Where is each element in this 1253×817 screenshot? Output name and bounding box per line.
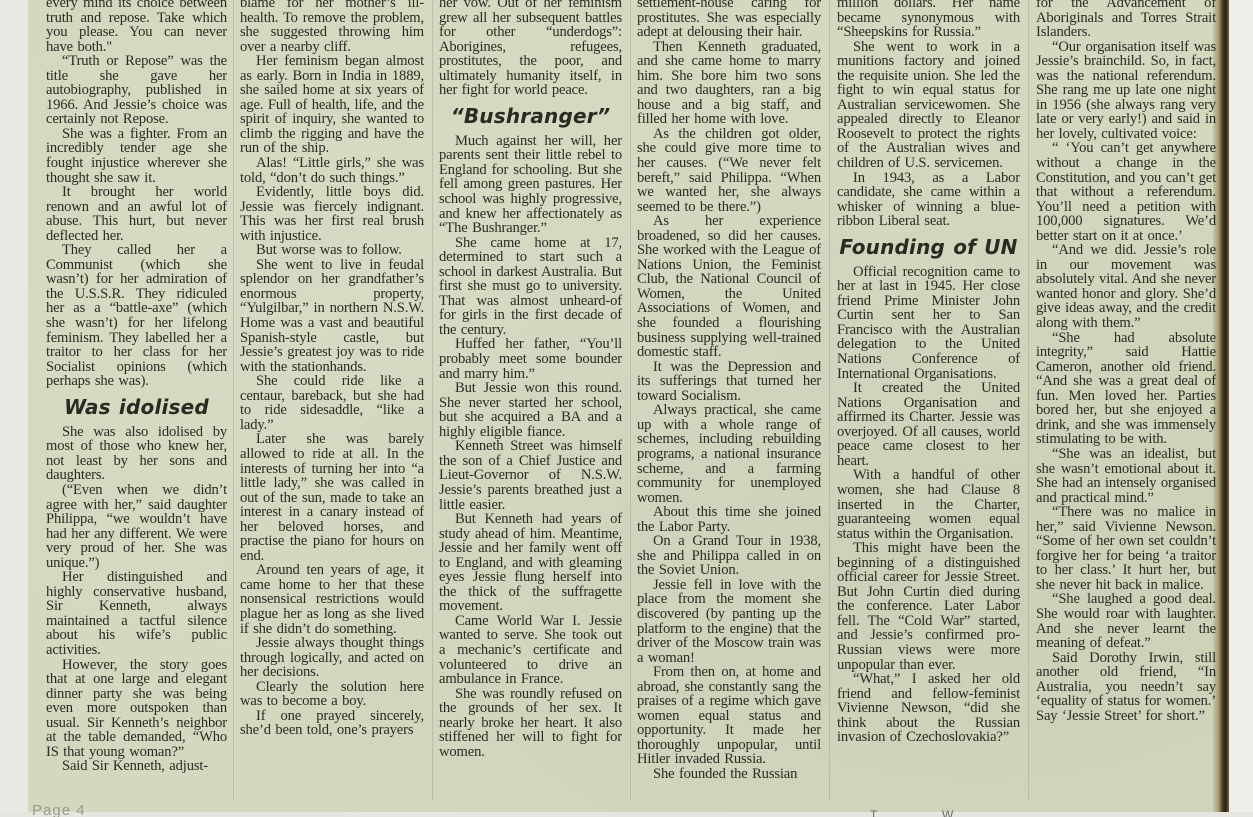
article-paragraph: She went to live in feudal splendor on h… — [240, 258, 424, 374]
article-paragraph: On a Grand Tour in 1938, she and Philipp… — [637, 534, 821, 578]
column-divider — [630, 0, 631, 800]
article-paragraph: In 1943, as a Labor candidate, she came … — [837, 171, 1020, 229]
article-paragraph: It brought her world renown and an awful… — [46, 185, 227, 243]
article-paragraph: Then Kenneth graduated, and she came hom… — [637, 40, 821, 127]
article-paragraph: As her experience broadened, so did her … — [637, 214, 821, 359]
article-paragraph: She could ride like a centaur, bareback,… — [240, 374, 424, 432]
scan-margin — [1229, 0, 1253, 817]
article-paragraph: She founded the Russian — [637, 767, 821, 782]
article-paragraph: However, the story goes that at one larg… — [46, 658, 227, 760]
article-paragraph: She came home at 17, determined to start… — [439, 236, 622, 338]
article-paragraph: If one prayed sincerely, she’d been told… — [240, 709, 424, 738]
article-paragraph: Always practical, she came up with a who… — [637, 403, 821, 505]
article-paragraph: Much against her will, her parents sent … — [439, 134, 622, 236]
article-paragraph: She was also idolised by most of those w… — [46, 425, 227, 483]
article-paragraph: Jessie fell in love with the place from … — [637, 578, 821, 665]
section-subheading: Was idolised — [46, 395, 227, 419]
article-paragraph: “What,” I asked her old friend and fello… — [837, 672, 1020, 745]
article-paragraph: With a handful of other women, she had C… — [837, 468, 1020, 541]
article-paragraph: million dollars. Her name became synonym… — [837, 0, 1020, 40]
article-paragraph: But Kenneth had years of study ahead of … — [439, 512, 622, 614]
article-paragraph: They called her a Communist (which she w… — [46, 243, 227, 388]
article-paragraph: It created the United Nations Organisati… — [837, 381, 1020, 468]
article-paragraph: “ ‘You can’t get anywhere without a chan… — [1036, 141, 1216, 243]
article-paragraph: Her distinguished and highly conservativ… — [46, 570, 227, 657]
article-paragraph: every mind its choice between truth and … — [46, 0, 227, 54]
article-paragraph: Jessie always thought things through log… — [240, 636, 424, 680]
article-paragraph: Official recognition came to her at last… — [837, 265, 1020, 381]
article-paragraph: Said Sir Kenneth, adjust- — [46, 759, 227, 774]
article-paragraph: Kenneth Street was himself the son of a … — [439, 439, 622, 512]
article-paragraph: But Jessie won this round. She never sta… — [439, 381, 622, 439]
article-column-3: her vow. Out of her feminism grew all he… — [439, 0, 622, 759]
article-paragraph: settlement-house caring for prostitutes.… — [637, 0, 821, 40]
article-column-5: million dollars. Her name became synonym… — [837, 0, 1020, 745]
article-paragraph: Came World War I. Jessie wanted to serve… — [439, 614, 622, 687]
section-subheading: “Bushranger” — [439, 104, 622, 128]
article-paragraph: blame for her mother’s ill-health. To re… — [240, 0, 424, 54]
article-column-2: blame for her mother’s ill-health. To re… — [240, 0, 424, 738]
article-paragraph: Alas! “Little girls,” she was told, “don… — [240, 156, 424, 185]
article-paragraph: “There was no malice in her,” said Vivie… — [1036, 505, 1216, 592]
article-paragraph: From then on, at home and abroad, she co… — [637, 665, 821, 767]
footer-fragment: T... ... ... W... — [870, 808, 971, 817]
article-paragraph: “She laughed a good deal. She would roar… — [1036, 592, 1216, 650]
article-paragraph: “She was an idealist, but she wasn’t emo… — [1036, 447, 1216, 505]
article-paragraph: for the Advancement of Aboriginals and T… — [1036, 0, 1216, 40]
article-paragraph: “Truth or Repose” was the title she gave… — [46, 54, 227, 127]
article-paragraph: Her feminism began almost as early. Born… — [240, 54, 424, 156]
page-number: Page 4 — [32, 802, 86, 817]
article-paragraph: (“Even when we didn’t agree with her,” s… — [46, 483, 227, 570]
article-paragraph: Clearly the solution here was to become … — [240, 680, 424, 709]
article-paragraph: Later she was barely allowed to ride at … — [240, 432, 424, 563]
article-paragraph: It was the Depression and its sufferings… — [637, 360, 821, 404]
article-column-6: for the Advancement of Aboriginals and T… — [1036, 0, 1216, 723]
article-paragraph: Around ten years of age, it came home to… — [240, 563, 424, 636]
article-paragraph: “She had absolute integrity,” said Hatti… — [1036, 331, 1216, 447]
column-divider — [233, 0, 234, 800]
article-paragraph: But worse was to follow. — [240, 243, 424, 258]
article-paragraph: She went to work in a munitions factory … — [837, 40, 1020, 171]
scan-bottom-margin — [0, 812, 1253, 817]
column-divider — [1028, 0, 1029, 800]
article-paragraph: About this time she joined the Labor Par… — [637, 505, 821, 534]
article-paragraph: “And we did. Jessie’s role in our moveme… — [1036, 243, 1216, 330]
article-column-1: every mind its choice between truth and … — [46, 0, 227, 774]
article-paragraph: Said Dorothy Irwin, still another old fr… — [1036, 651, 1216, 724]
article-paragraph: She was roundly refused on the grounds o… — [439, 687, 622, 760]
column-divider — [432, 0, 433, 800]
article-paragraph: She was a fighter. From an incredibly te… — [46, 127, 227, 185]
article-column-4: settlement-house caring for prostitutes.… — [637, 0, 821, 782]
article-paragraph: her vow. Out of her feminism grew all he… — [439, 0, 622, 98]
article-paragraph: As the children got older, she could giv… — [637, 127, 821, 214]
article-paragraph: This might have been the beginning of a … — [837, 541, 1020, 672]
article-paragraph: Huffed her father, “You’ll probably meet… — [439, 337, 622, 381]
column-divider — [829, 0, 830, 800]
article-paragraph: Evidently, little boys did. Jessie was f… — [240, 185, 424, 243]
section-subheading: Founding of UN — [837, 235, 1020, 259]
article-paragraph: “Our organisation itself was Jessie’s br… — [1036, 40, 1216, 142]
